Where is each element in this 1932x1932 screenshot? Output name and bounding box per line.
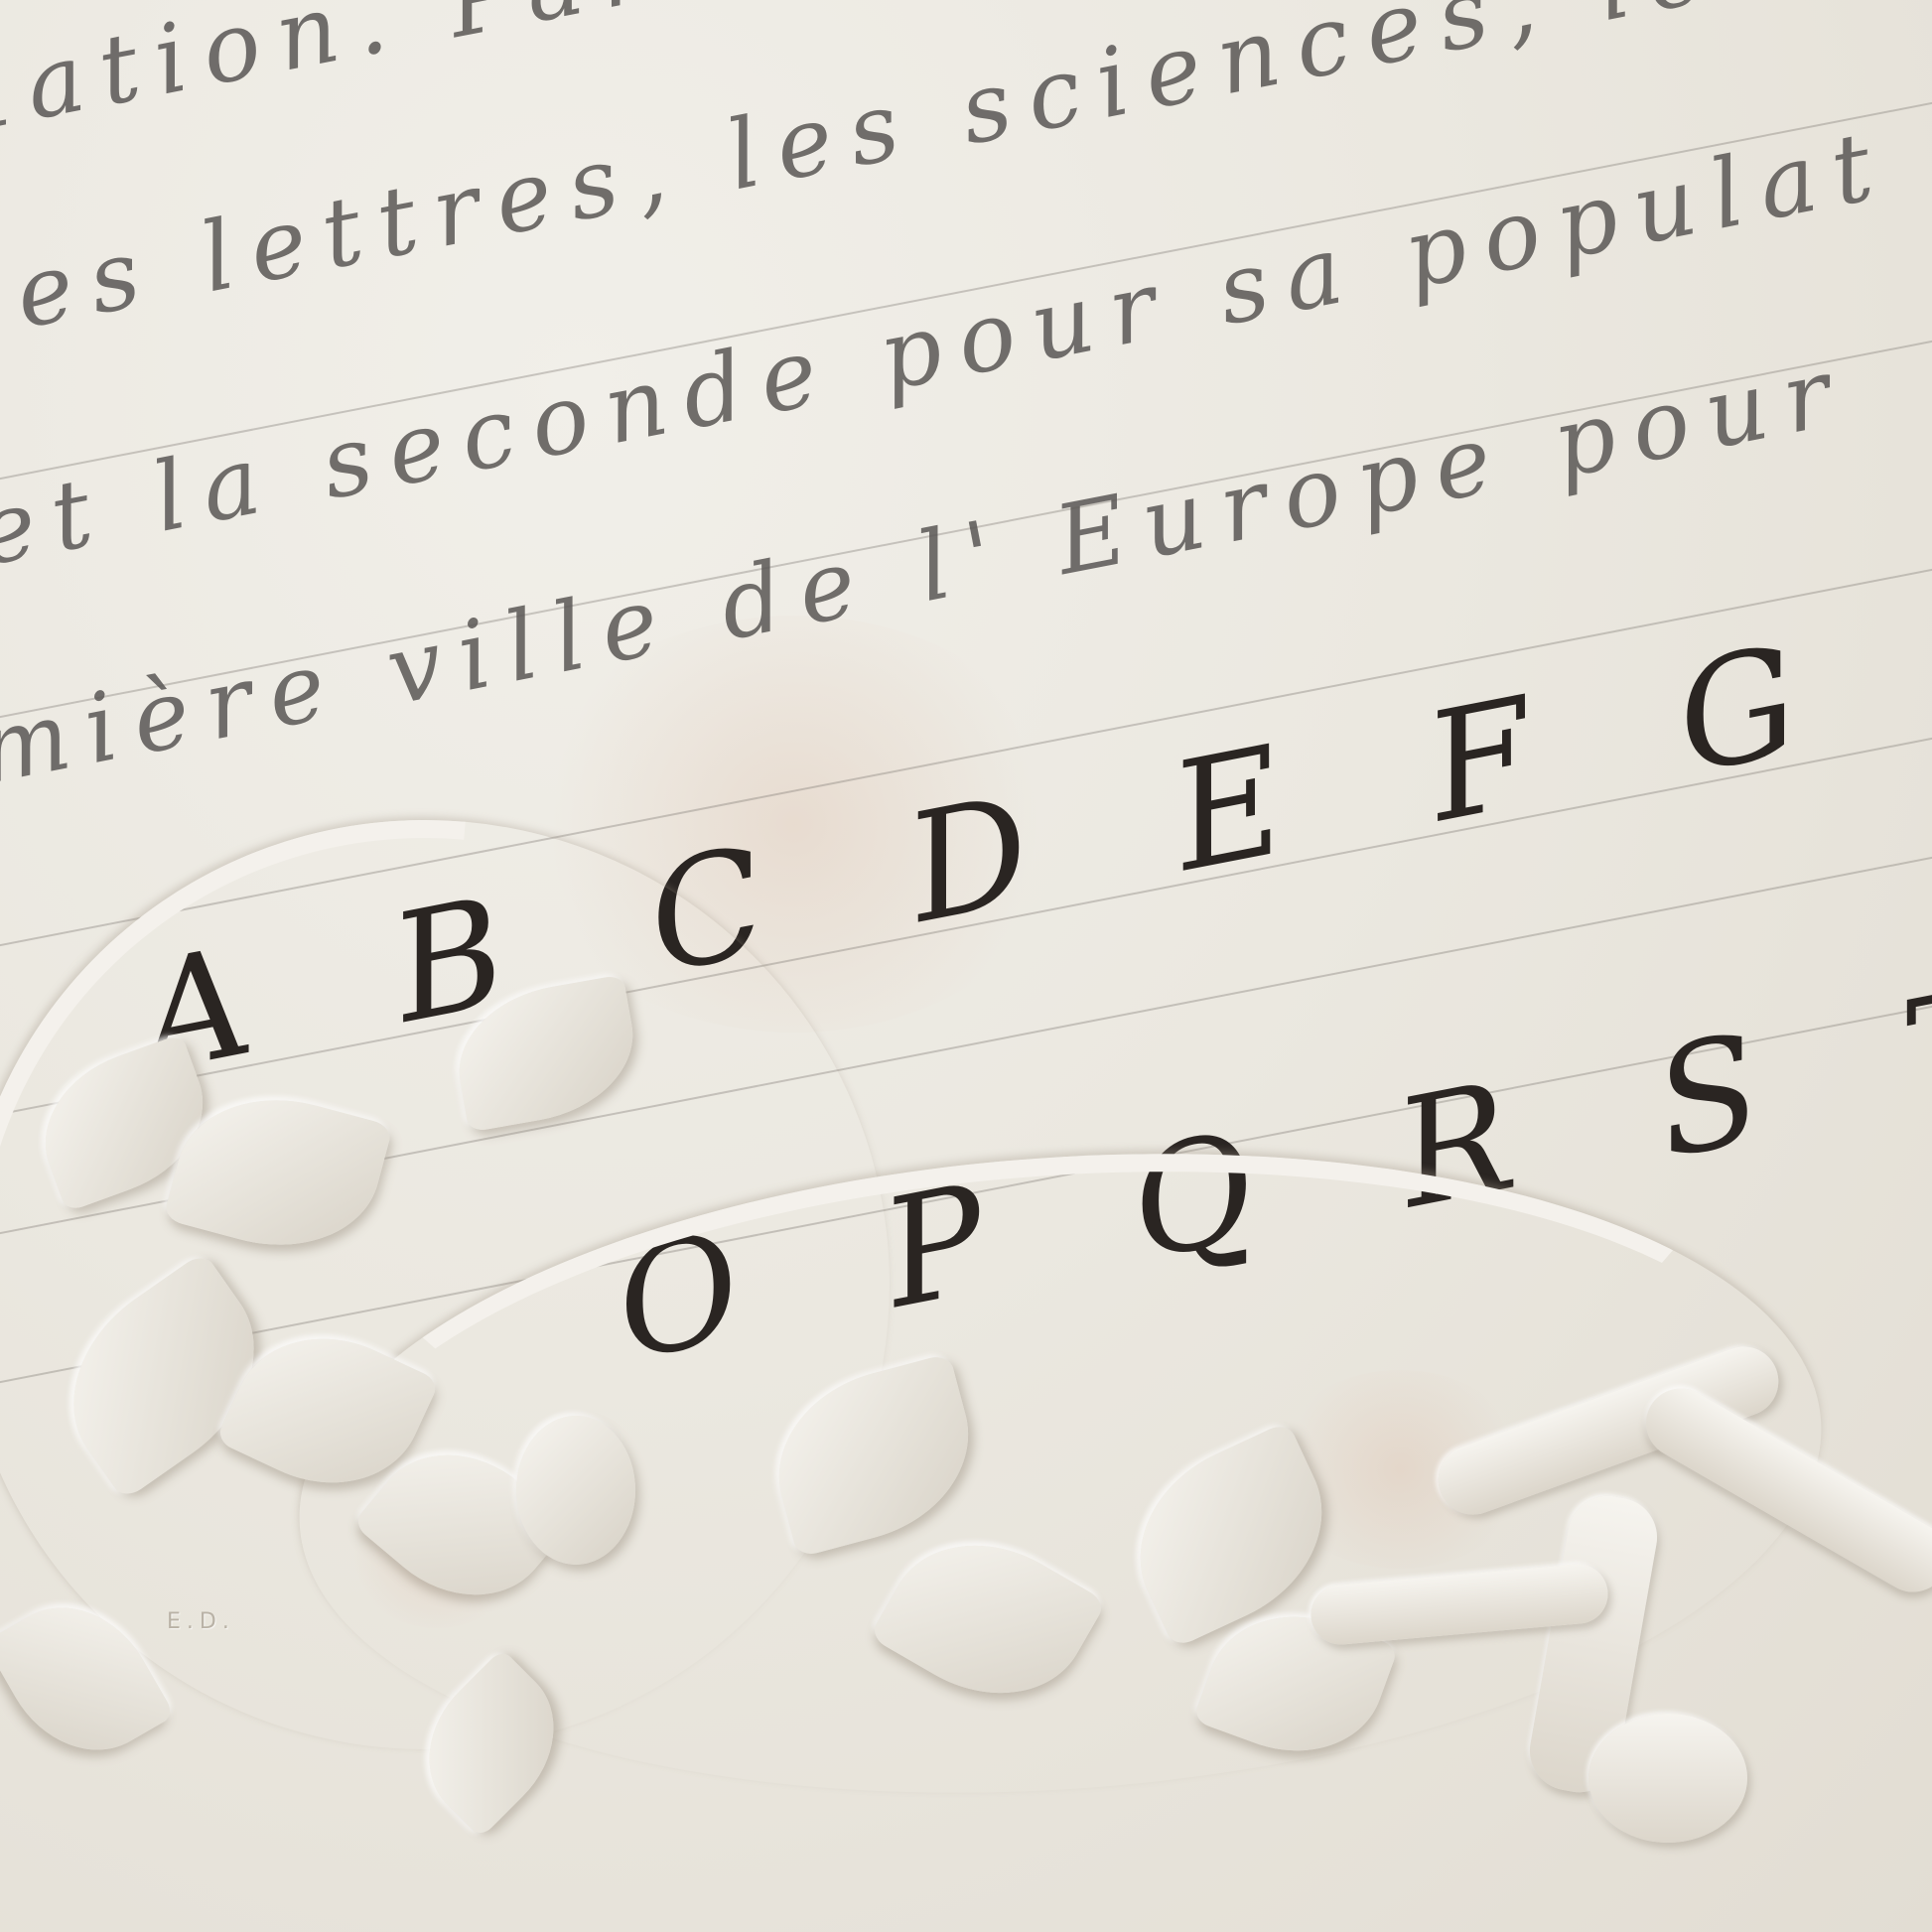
vine-leaf [397,1649,587,1839]
maker-mark: E.D. [167,1609,235,1634]
foxing-stain [1271,1370,1529,1569]
vine-leaf [163,1075,393,1271]
ribbon-bow [1588,1714,1747,1843]
grape-cluster [516,1416,635,1565]
vine-leaf [0,1578,175,1780]
copybook-photo: lation. Paris les lettres, les sciences,… [0,0,1932,1932]
vine-leaf [869,1508,1107,1731]
vine-leaf [758,1353,991,1558]
vine-leaf [1192,1589,1399,1778]
ribbon-bow [1524,1489,1664,1798]
vine-leaf [33,1251,295,1501]
ribbon-bow [1309,1562,1610,1647]
ribbon-bow [1633,1376,1932,1605]
foxing-stain [347,1469,526,1628]
